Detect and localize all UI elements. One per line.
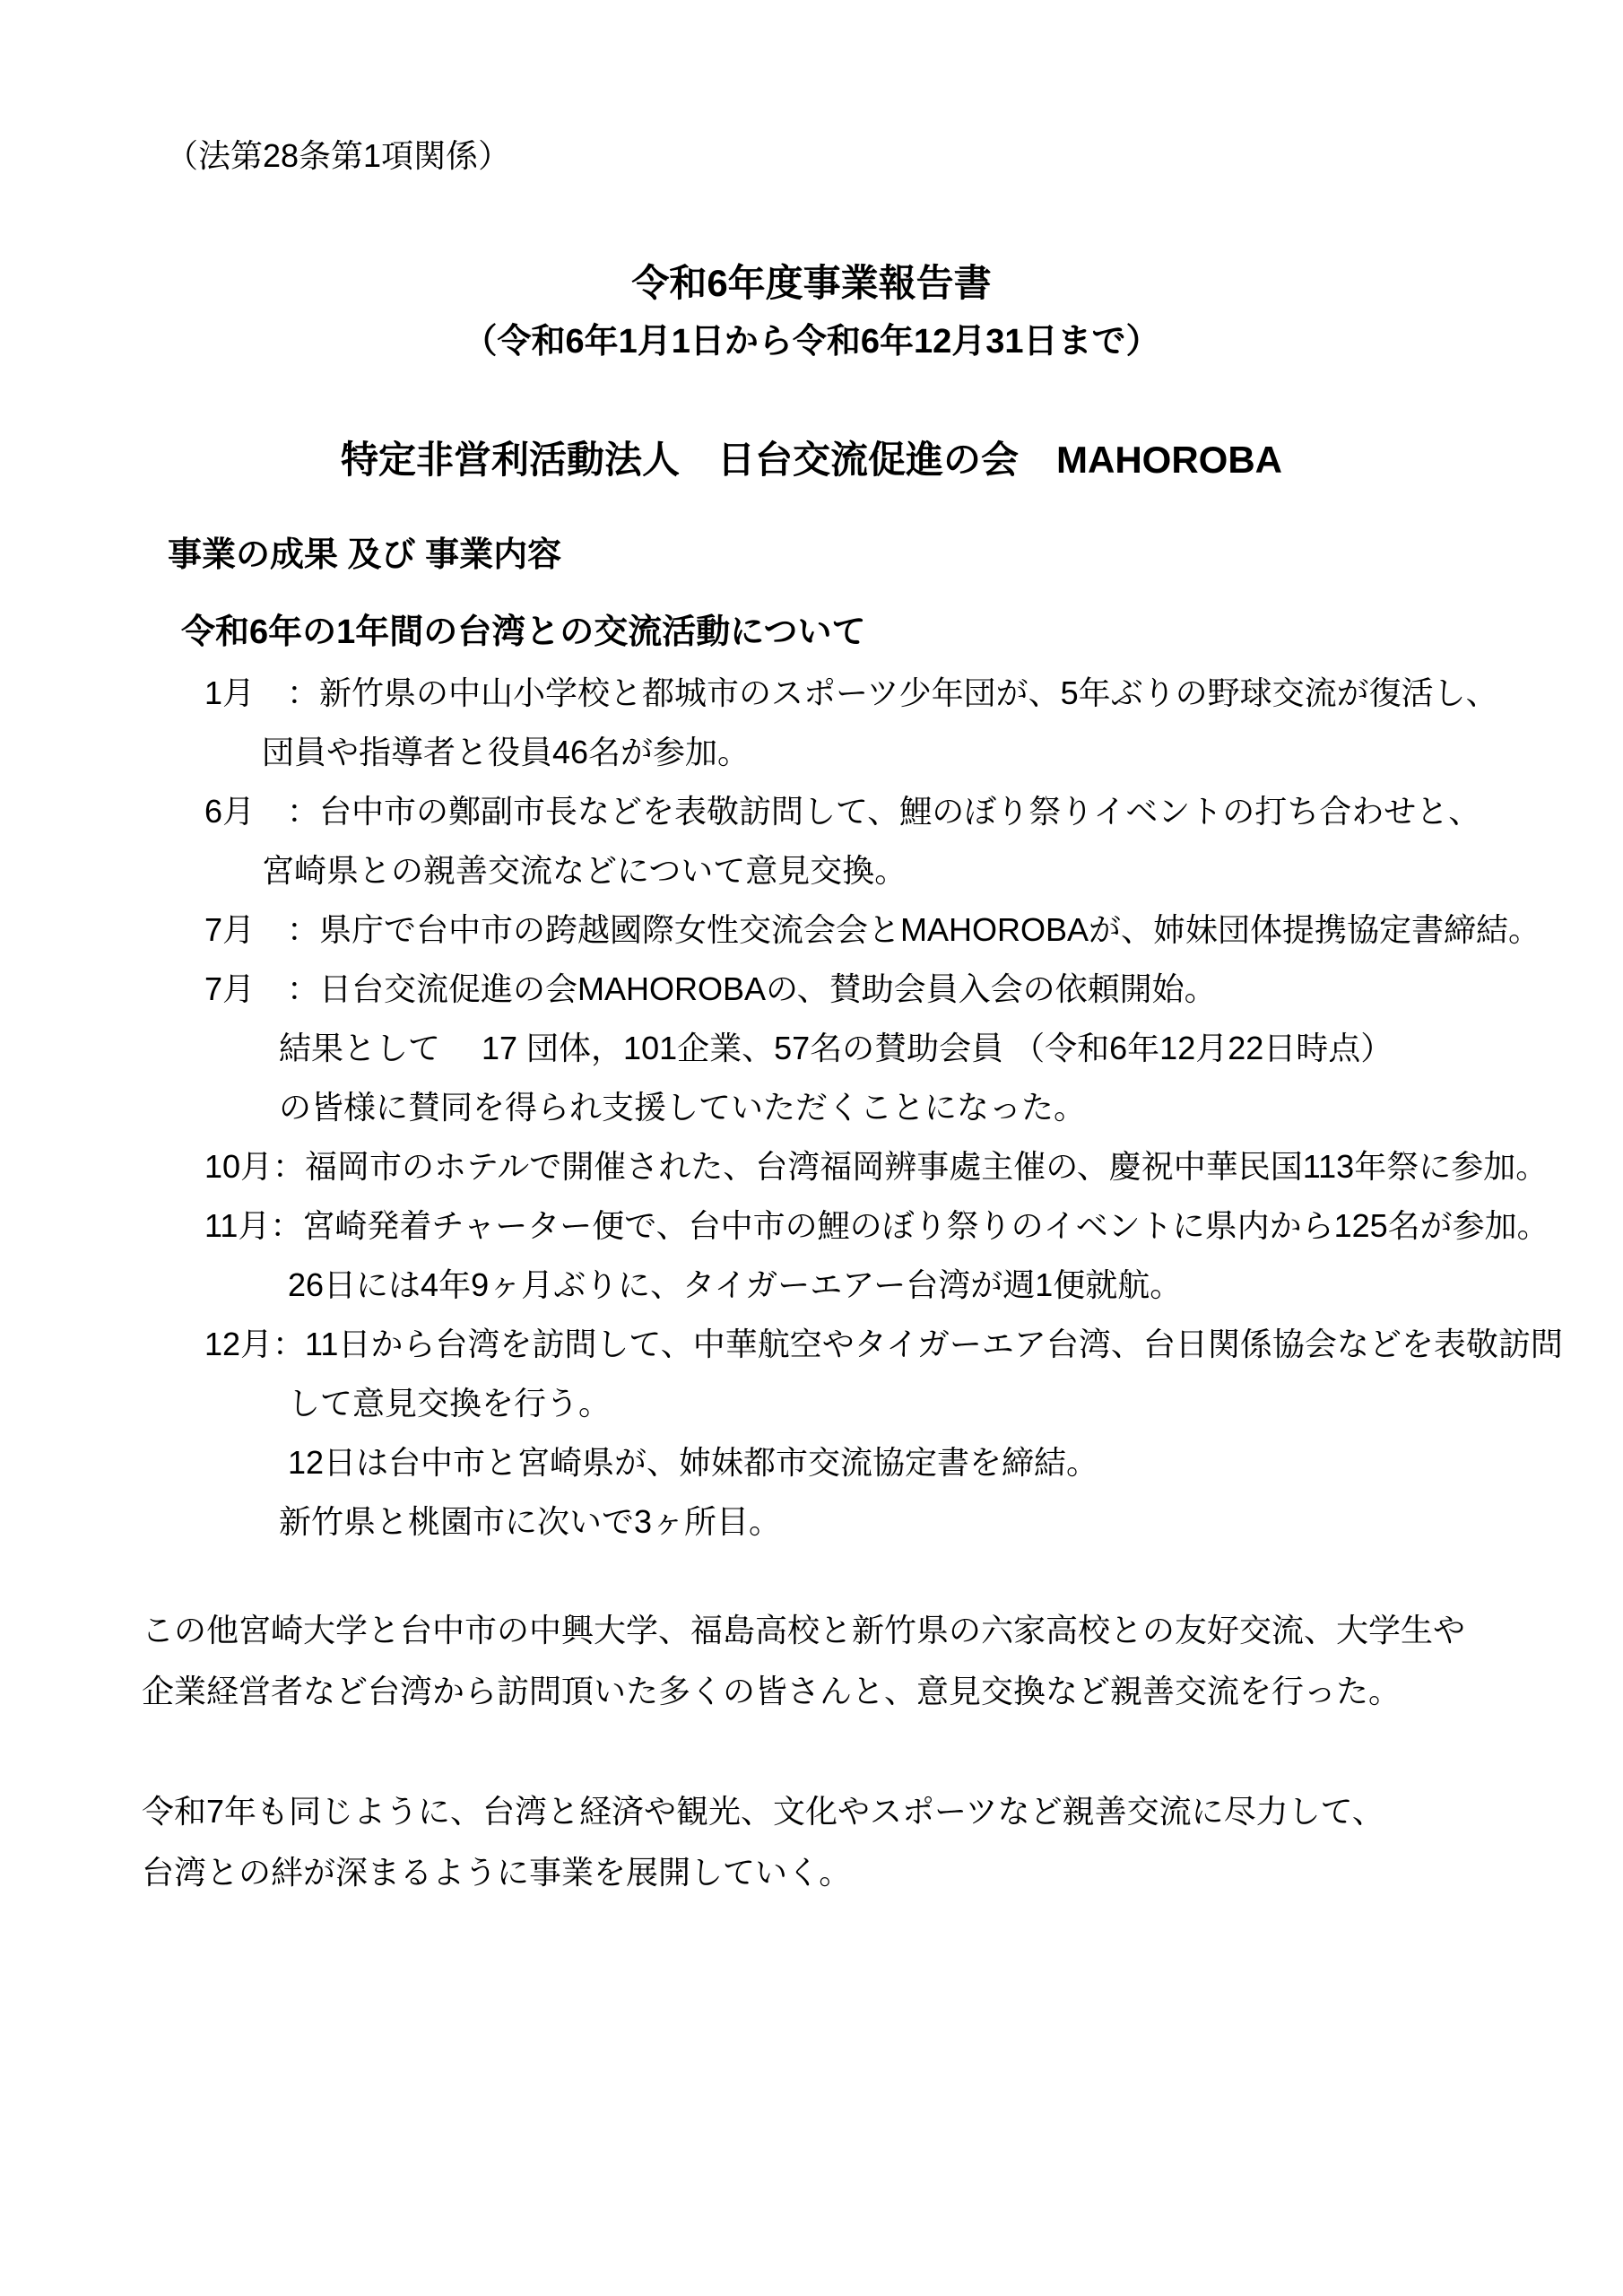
timeline-line: 10月：福岡市のホテルで開催された、台湾福岡辨事處主催の、慶祝中華民国113年祭… [0,1137,1623,1196]
activities-heading: 令和6年の1年間の台湾との交流活動について [181,611,1623,654]
timeline-line: 結果として 17 団体，101企業、57名の賛助会員 （令和6年12月22日時点… [0,1019,1623,1078]
paragraph-line: この他宮崎大学と台中市の中興大学、福島高校と新竹県の六家高校との友好交流、大学生… [0,1600,1623,1661]
timeline-line: 宮崎県との親善交流などについて意見交換。 [0,841,1623,900]
document-title: 令和6年度事業報告書 [0,260,1623,307]
timeline-line: 新竹県と桃園市に次いで3ヶ所目。 [0,1492,1623,1552]
timeline-line: 6月 ：台中市の鄭副市長などを表敬訪問して、鯉のぼり祭りイベントの打ち合わせと、 [0,782,1623,841]
timeline-line: 7月 ：日台交流促進の会MAHOROBAの、賛助会員入会の依頼開始。 [0,960,1623,1019]
paragraph-line: 台湾との絆が深まるように事業を展開していく。 [0,1842,1623,1903]
activities-timeline: 1月 ：新竹県の中山小学校と都城市のスポーツ少年団が、5年ぶりの野球交流が復活し… [0,664,1623,1552]
document-page: （法第28条第1項関係） 令和6年度事業報告書 （令和6年1月1日から令和6年1… [0,0,1623,2296]
timeline-line: 7月 ：県庁で台中市の跨越國際女性交流会会とMAHOROBAが、姉妹団体提携協定… [0,900,1623,960]
timeline-line: 12日は台中市と宮崎県が、姉妹都市交流協定書を締結。 [0,1433,1623,1492]
paragraph-line: 企業経営者など台湾から訪問頂いた多くの皆さんと、意見交換など親善交流を行った。 [0,1661,1623,1722]
timeline-line: して意見交換を行う。 [0,1374,1623,1433]
closing-paragraph: この他宮崎大学と台中市の中興大学、福島高校と新竹県の六家高校との友好交流、大学生… [0,1600,1623,1722]
timeline-line: 11月：宮崎発着チャーター便で、台中市の鯉のぼり祭りのイベントに県内から125名… [0,1196,1623,1256]
section-heading: 事業の成果 及び 事業内容 [168,534,1623,577]
closing-paragraph: 令和7年も同じように、台湾と経済や観光、文化やスポーツなど親善交流に尽力して、 … [0,1781,1623,1903]
law-reference: （法第28条第1項関係） [166,0,1623,176]
timeline-line: 1月 ：新竹県の中山小学校と都城市のスポーツ少年団が、5年ぶりの野球交流が復活し… [0,664,1623,723]
document-date-range: （令和6年1月1日から令和6年12月31日まで） [0,320,1623,363]
timeline-line: 団員や指導者と役員46名が参加。 [0,723,1623,782]
organization-name: 特定非営利活動法人 日台交流促進の会 MAHOROBA [0,437,1623,483]
timeline-line: 12月：11日から台湾を訪問して、中華航空やタイガーエア台湾、台日関係協会などを… [0,1315,1623,1374]
paragraph-line: 令和7年も同じように、台湾と経済や観光、文化やスポーツなど親善交流に尽力して、 [0,1781,1623,1842]
timeline-line: の皆様に賛同を得られ支援していただくことになった。 [0,1078,1623,1137]
timeline-line: 26日には4年9ヶ月ぶりに、タイガーエアー台湾が週1便就航。 [0,1256,1623,1315]
